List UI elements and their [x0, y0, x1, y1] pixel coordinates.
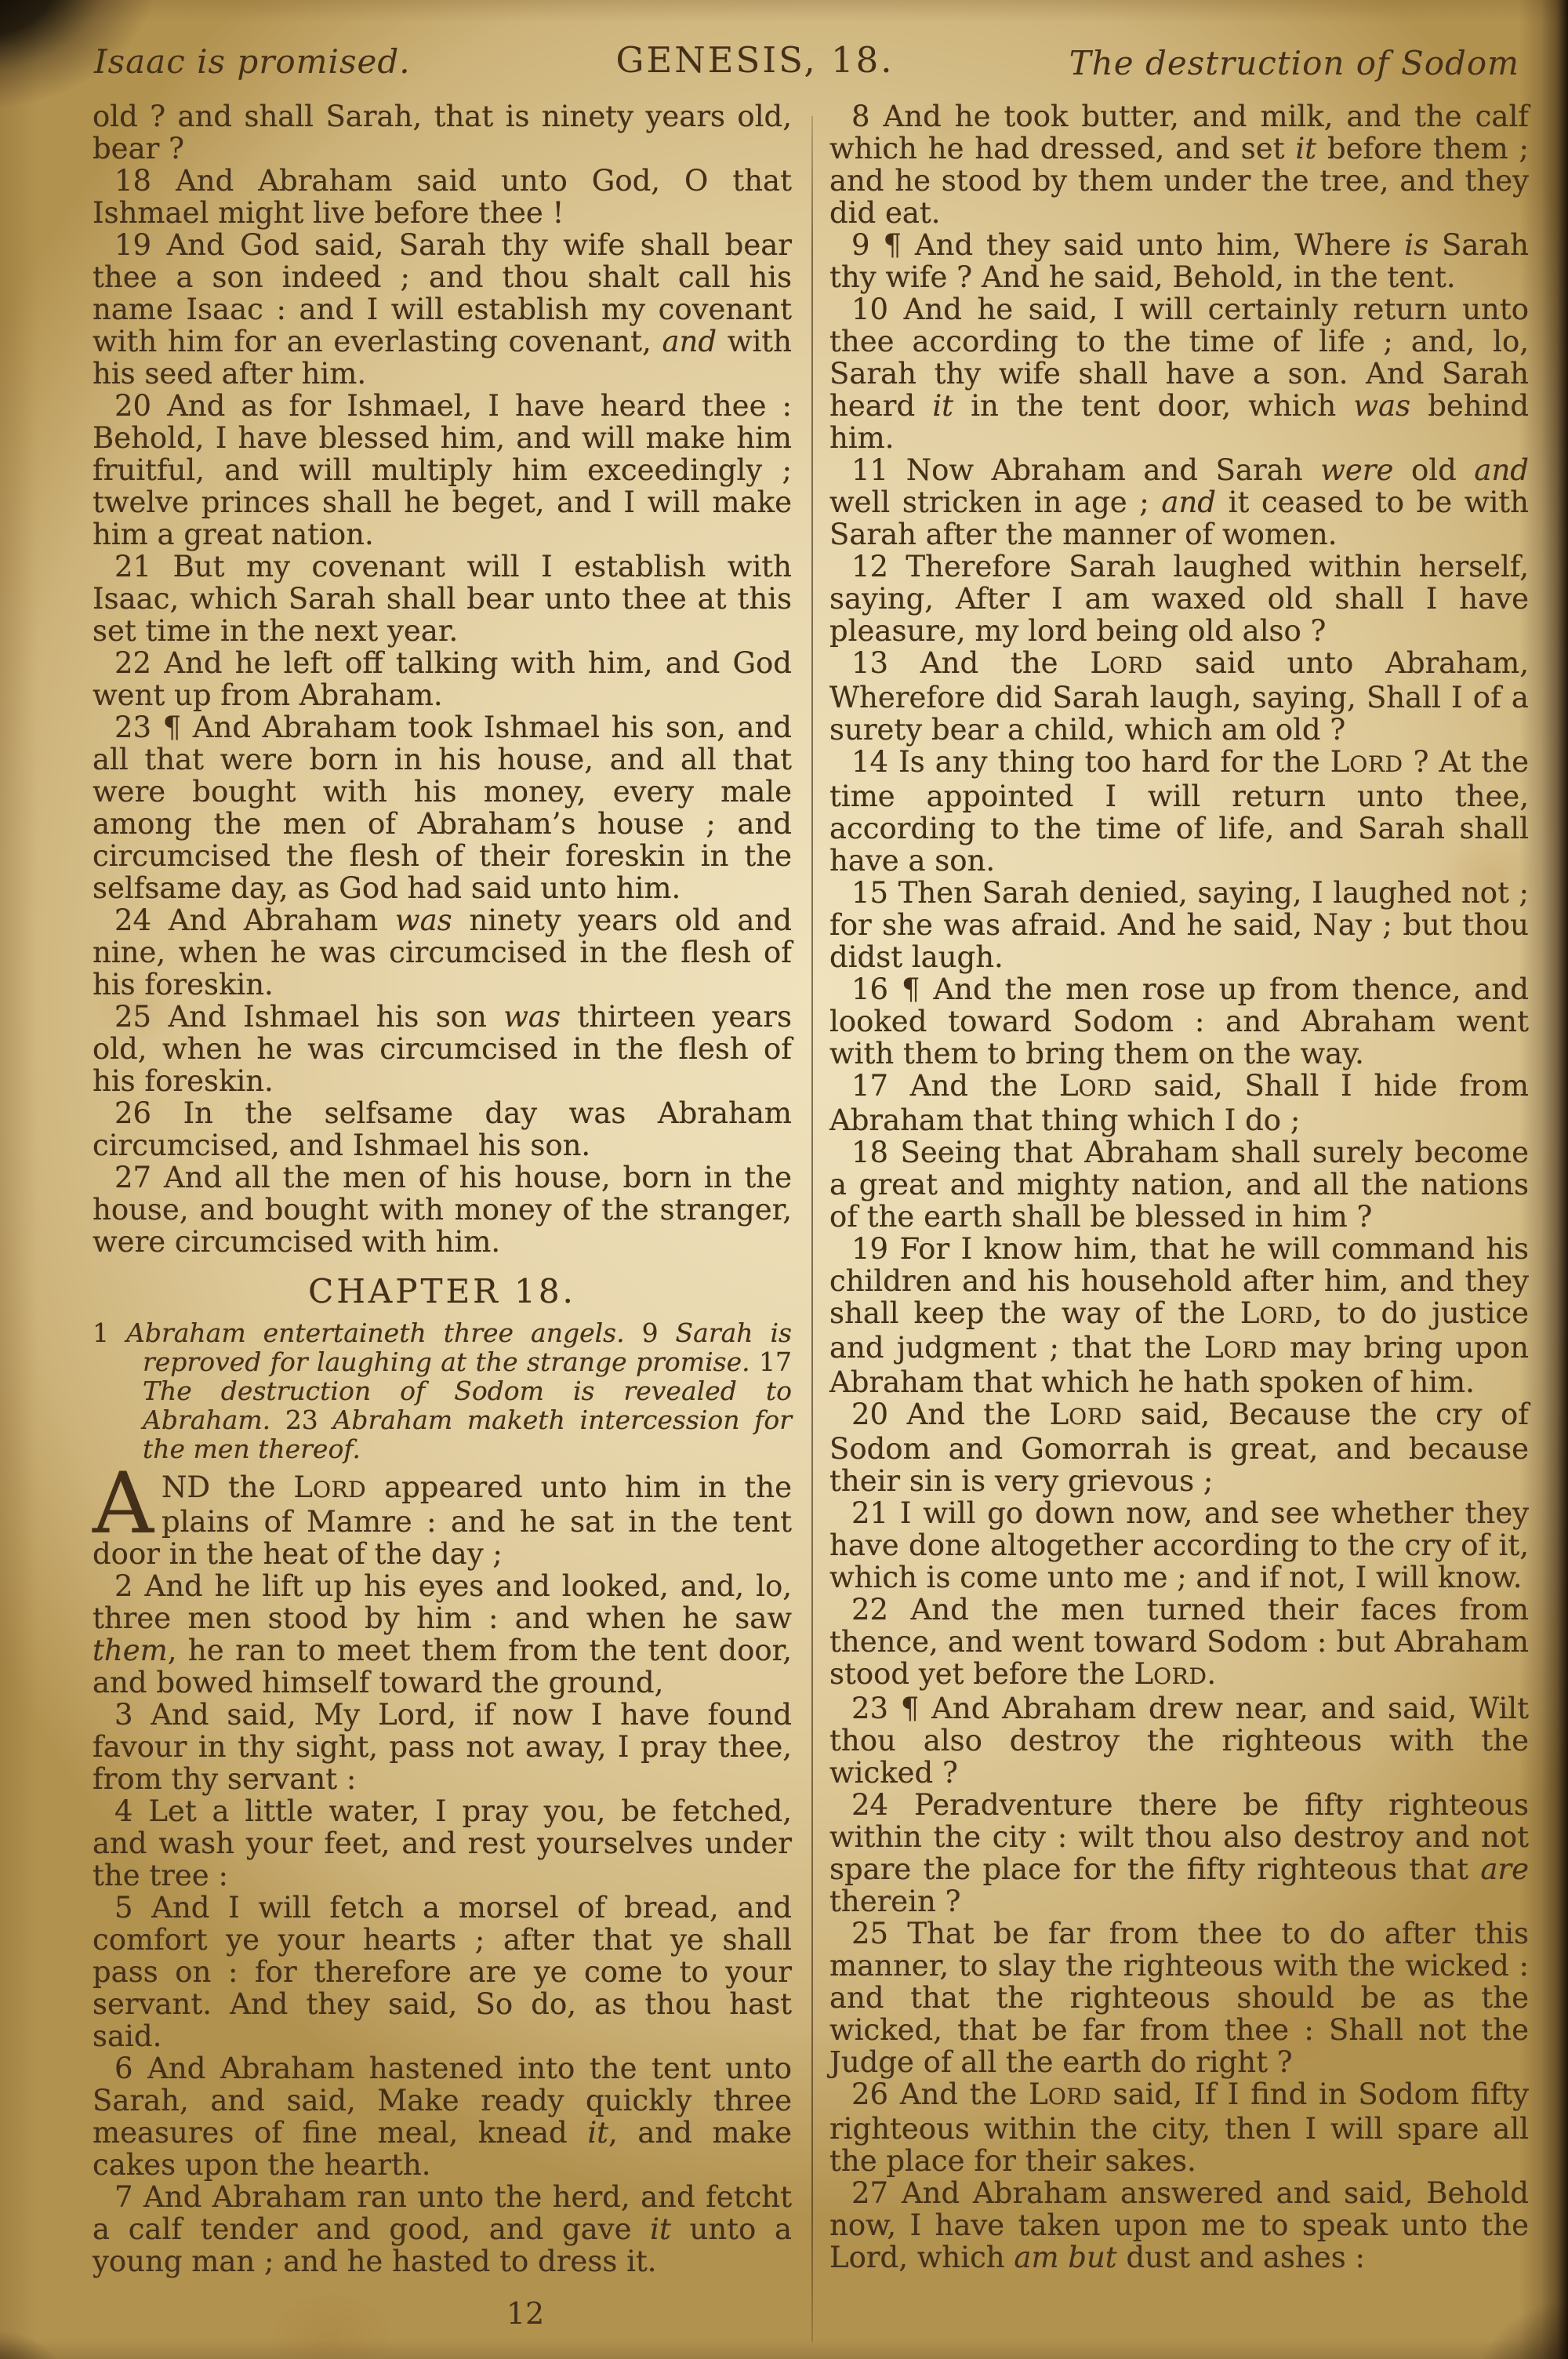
- verse-paragraph: 22 And he left off talking with him, and…: [93, 647, 792, 711]
- verse-paragraph: 21 I will go down now, and see whether t…: [829, 1497, 1529, 1594]
- verse-paragraph: 6 And Abraham hastened into the tent unt…: [93, 2052, 792, 2181]
- verse-paragraph: 23 ¶ And Abraham took Ishmael his son, a…: [93, 711, 792, 904]
- verse-paragraph: 27 And all the men of his house, born in…: [93, 1161, 792, 1258]
- verse-paragraph: 18 And Abraham said unto God, O that Ish…: [93, 165, 792, 229]
- divine-name-small-caps: LORD: [1134, 1657, 1207, 1691]
- verse-paragraph: 17 And the LORD said, Shall I hide from …: [829, 1070, 1529, 1136]
- divine-name-small-caps: LORD: [1090, 646, 1163, 680]
- verse-paragraph: 19 For I know him, that he will command …: [829, 1233, 1529, 1398]
- chapter-heading: CHAPTER 18.: [93, 1275, 792, 1307]
- verse-paragraph: 2 And he lift up his eyes and looked, an…: [93, 1570, 792, 1699]
- divine-name-small-caps: LORD: [1050, 1398, 1123, 1431]
- verse-paragraph: 13 And the LORD said unto Abraham, Where…: [829, 647, 1529, 746]
- verse-paragraph: 26 And the LORD said, If I find in Sodom…: [829, 2078, 1529, 2177]
- divine-name-small-caps: LORD: [293, 1470, 366, 1504]
- column-divider: [811, 116, 813, 2342]
- chapter-summary: 1 Abraham entertaineth three angels. 9 S…: [93, 1318, 792, 1463]
- drop-cap: A: [93, 1471, 162, 1536]
- page-number: 12: [439, 2296, 612, 2331]
- verse-paragraph: 19 And God said, Sarah thy wife shall be…: [93, 229, 792, 390]
- verse-paragraph: 14 Is any thing too hard for the LORD ? …: [829, 746, 1529, 877]
- verse-paragraph: 21 But my covenant will I establish with…: [93, 551, 792, 647]
- verse-paragraph: 22 And the men turned their faces from t…: [829, 1594, 1529, 1692]
- verse-paragraph: 5 And I will fetch a morsel of bread, an…: [93, 1892, 792, 2052]
- divine-name-small-caps: LORD: [1059, 1069, 1132, 1103]
- verse-paragraph: 27 And Abraham answered and said, Behold…: [829, 2177, 1529, 2274]
- verse-paragraph: 18 Seeing that Abraham shall surely beco…: [829, 1136, 1529, 1233]
- divine-name-small-caps: LORD: [1029, 2077, 1102, 2111]
- verse-paragraph: 20 And the LORD said, Because the cry of…: [829, 1398, 1529, 1497]
- verse-paragraph: 16 ¶ And the men rose up from thence, an…: [829, 973, 1529, 1070]
- verse-paragraph: 24 Peradventure there be fifty righteous…: [829, 1789, 1529, 1917]
- divine-name-small-caps: LORD: [1240, 1296, 1313, 1330]
- text-column-right: 8 And he took butter, and milk, and the …: [829, 100, 1529, 2274]
- running-head-right: The destruction of Sodom: [1069, 44, 1519, 82]
- verse-paragraph: 20 And as for Ishmael, I have heard thee…: [93, 390, 792, 551]
- verse-paragraph: 10 And he said, I will certainly return …: [829, 293, 1529, 454]
- divine-name-small-caps: LORD: [1330, 745, 1403, 779]
- verse-paragraph: 3 And said, My Lord, if now I have found…: [93, 1699, 792, 1795]
- verse-paragraph: AND the LORD appeared unto him in the pl…: [93, 1471, 792, 1570]
- verse-paragraph: 4 Let a little water, I pray you, be fet…: [93, 1795, 792, 1892]
- verse-paragraph: 25 And Ishmael his son was thirteen year…: [93, 1001, 792, 1097]
- verse-paragraph: 26 In the selfsame day was Abraham circu…: [93, 1097, 792, 1161]
- divine-name-small-caps: LORD: [1204, 1331, 1277, 1365]
- verse-paragraph: 15 Then Sarah denied, saying, I laughed …: [829, 877, 1529, 973]
- verse-paragraph: 8 And he took butter, and milk, and the …: [829, 100, 1529, 229]
- verse-paragraph: 12 Therefore Sarah laughed within hersel…: [829, 551, 1529, 647]
- verse-paragraph: 7 And Abraham ran unto the herd, and fet…: [93, 2181, 792, 2277]
- verse-paragraph: 23 ¶ And Abraham drew near, and said, Wi…: [829, 1692, 1529, 1789]
- verse-paragraph: 25 That be far from thee to do after thi…: [829, 1917, 1529, 2078]
- verse-paragraph: 24 And Abraham was ninety years old and …: [93, 904, 792, 1001]
- running-head: Isaac is promised. GENESIS, 18. The dest…: [93, 39, 1519, 85]
- verse-paragraph: old ? and shall Sarah, that is ninety ye…: [93, 100, 792, 165]
- verse-paragraph: 9 ¶ And they said unto him, Where is Sar…: [829, 229, 1529, 293]
- bible-page: Isaac is promised. GENESIS, 18. The dest…: [0, 0, 1568, 2359]
- text-column-left: old ? and shall Sarah, that is ninety ye…: [93, 100, 792, 2277]
- verse-paragraph: 11 Now Abraham and Sarah were old and we…: [829, 454, 1529, 551]
